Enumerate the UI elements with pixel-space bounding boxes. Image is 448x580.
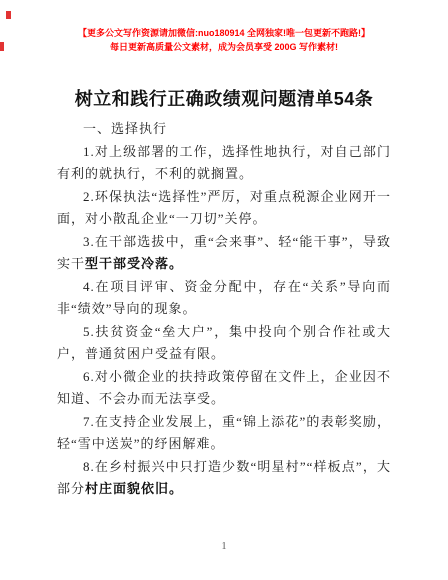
list-item-8: 8.在乡村振兴中只打造少数“明星村”“样板点”，大部分村庄面貌依旧。	[57, 456, 391, 501]
item-text: 7.在支持企业发展上，重“锦上添花”的表彰奖励，轻“雪中送炭”的纾困解难。	[57, 414, 391, 452]
document-title: 树立和践行正确政绩观问题清单54条	[57, 87, 391, 111]
list-item-1: 1.对上级部署的工作，选择性地执行，对自己部门有利的就执行，不利的就搁置。	[57, 141, 391, 186]
item-text: 5.扶贫资金“垒大户”，集中投向个别合作社或大户，普通贫困户受益有限。	[57, 324, 391, 362]
item-bold-text: 村庄面貌依旧。	[85, 481, 183, 496]
item-text: 2.环保执法“选择性”严厉，对重点税源企业网开一面，对小散乱企业“一刀切”关停。	[57, 189, 391, 227]
item-text: 6.对小微企业的扶持政策停留在文件上，企业因不知道、不会办而无法享受。	[57, 369, 391, 407]
item-text: 4.在项目评审、资金分配中，存在“关系”导向而非“绩效”导向的现象。	[57, 279, 391, 317]
document-page: 【更多公文写作资源请加微信:nuo180914 全网独家!唯一包更新不跑路!】 …	[0, 0, 448, 580]
header-ad: 【更多公文写作资源请加微信:nuo180914 全网独家!唯一包更新不跑路!】 …	[57, 26, 391, 54]
list-item-2: 2.环保执法“选择性”严厉，对重点税源企业网开一面，对小散乱企业“一刀切”关停。	[57, 186, 391, 231]
item-text: 1.对上级部署的工作，选择性地执行，对自己部门有利的就执行，不利的就搁置。	[57, 144, 391, 182]
section-heading: 一、选择执行	[57, 118, 391, 141]
ad-line-1: 【更多公文写作资源请加微信:nuo180914 全网独家!唯一包更新不跑路!】	[57, 26, 391, 40]
list-item-6: 6.对小微企业的扶持政策停留在文件上，企业因不知道、不会办而无法享受。	[57, 366, 391, 411]
list-item-7: 7.在支持企业发展上，重“锦上添花”的表彰奖励，轻“雪中送炭”的纾困解难。	[57, 411, 391, 456]
red-edge-artifact	[0, 42, 4, 51]
list-item-5: 5.扶贫资金“垒大户”，集中投向个别合作社或大户，普通贫困户受益有限。	[57, 321, 391, 366]
ad-line-2: 每日更新高质量公文素材，成为会员享受 200G 写作素材!	[57, 40, 391, 54]
list-item-4: 4.在项目评审、资金分配中，存在“关系”导向而非“绩效”导向的现象。	[57, 276, 391, 321]
page-content: 【更多公文写作资源请加微信:nuo180914 全网独家!唯一包更新不跑路!】 …	[0, 0, 448, 501]
item-bold-text: 型干部受冷落。	[85, 256, 183, 271]
red-edge-artifact	[6, 11, 11, 19]
page-number: 1	[0, 541, 448, 552]
list-item-3: 3.在干部选拔中，重“会来事”、轻“能干事”，导致实干型干部受冷落。	[57, 231, 391, 276]
